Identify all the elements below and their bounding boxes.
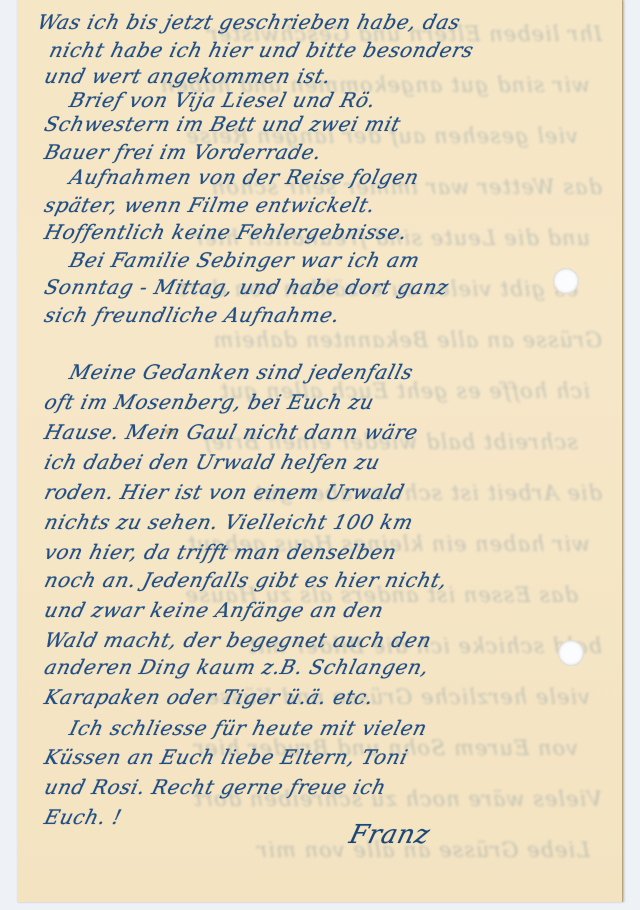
letter-line: Küssen an Euch liebe Eltern, Toni [42,745,411,769]
letter-line: oft im Mosenberg, bei Euch zu [42,390,377,414]
letter-line: und zwar keine Anfänge an den [42,598,386,622]
letter-line: Aufnahmen von der Reise folgen [67,165,422,189]
punch-hole [558,640,584,666]
punch-hole [553,268,579,294]
signature: Franz [346,820,433,850]
letter-line: Schwestern im Bett und zwei mit [42,112,404,136]
letter-line: Euch. ! [42,805,124,829]
letter-line: anderen Ding kaum z.B. Schlangen, [42,655,432,679]
letter-line: und Rosi. Recht gerne freue ich [42,775,389,799]
letter-line: Hause. Mein Gaul nicht dann wäre [42,420,421,444]
letter-line: nicht habe ich hier und bitte besonders [47,38,476,62]
letter-line: Wald macht, der begegnet auch den [42,628,434,652]
letter-line: nichts zu sehen. Vielleicht 100 km [42,510,416,534]
letter-line: Bei Familie Sebinger war ich am [67,248,423,272]
letter-line: Brief von Vija Liesel und Rö. [67,88,379,112]
letter-line: Hoffentlich keine Fehlergebnisse. [42,220,410,244]
letter-line: Was ich bis jetzt geschrieben habe, das [35,10,463,34]
letter-line: Meine Gedanken sind jedenfalls [67,360,416,384]
letter-line: und wert angekommen ist. [42,64,334,88]
handwritten-text: Was ich bis jetzt geschrieben habe, dasn… [17,0,622,902]
letter-line: Bauer frei im Vorderrade. [42,140,324,164]
letter-line: von hier, da trifft man denselben [42,540,399,564]
letter-line: später, wenn Filme entwickelt. [42,193,378,217]
letter-line: roden. Hier ist von einem Urwald [42,480,407,504]
letter-line: noch an. Jedenfalls gibt es hier nicht, [42,568,450,592]
letter-line: Ich schliesse für heute mit vielen [67,716,430,740]
letter-line: ich dabei den Urwald helfen zu [42,450,383,474]
letter-line: sich freundliche Aufnahme. [42,303,343,327]
letter-line: Sonntag - Mittag, und habe dort ganz [42,275,451,299]
letter-paper: Ihr lieben Eltern und Geschwisterwir sin… [17,0,623,902]
letter-line: Karapaken oder Tiger ü.ä. etc. [42,685,376,709]
